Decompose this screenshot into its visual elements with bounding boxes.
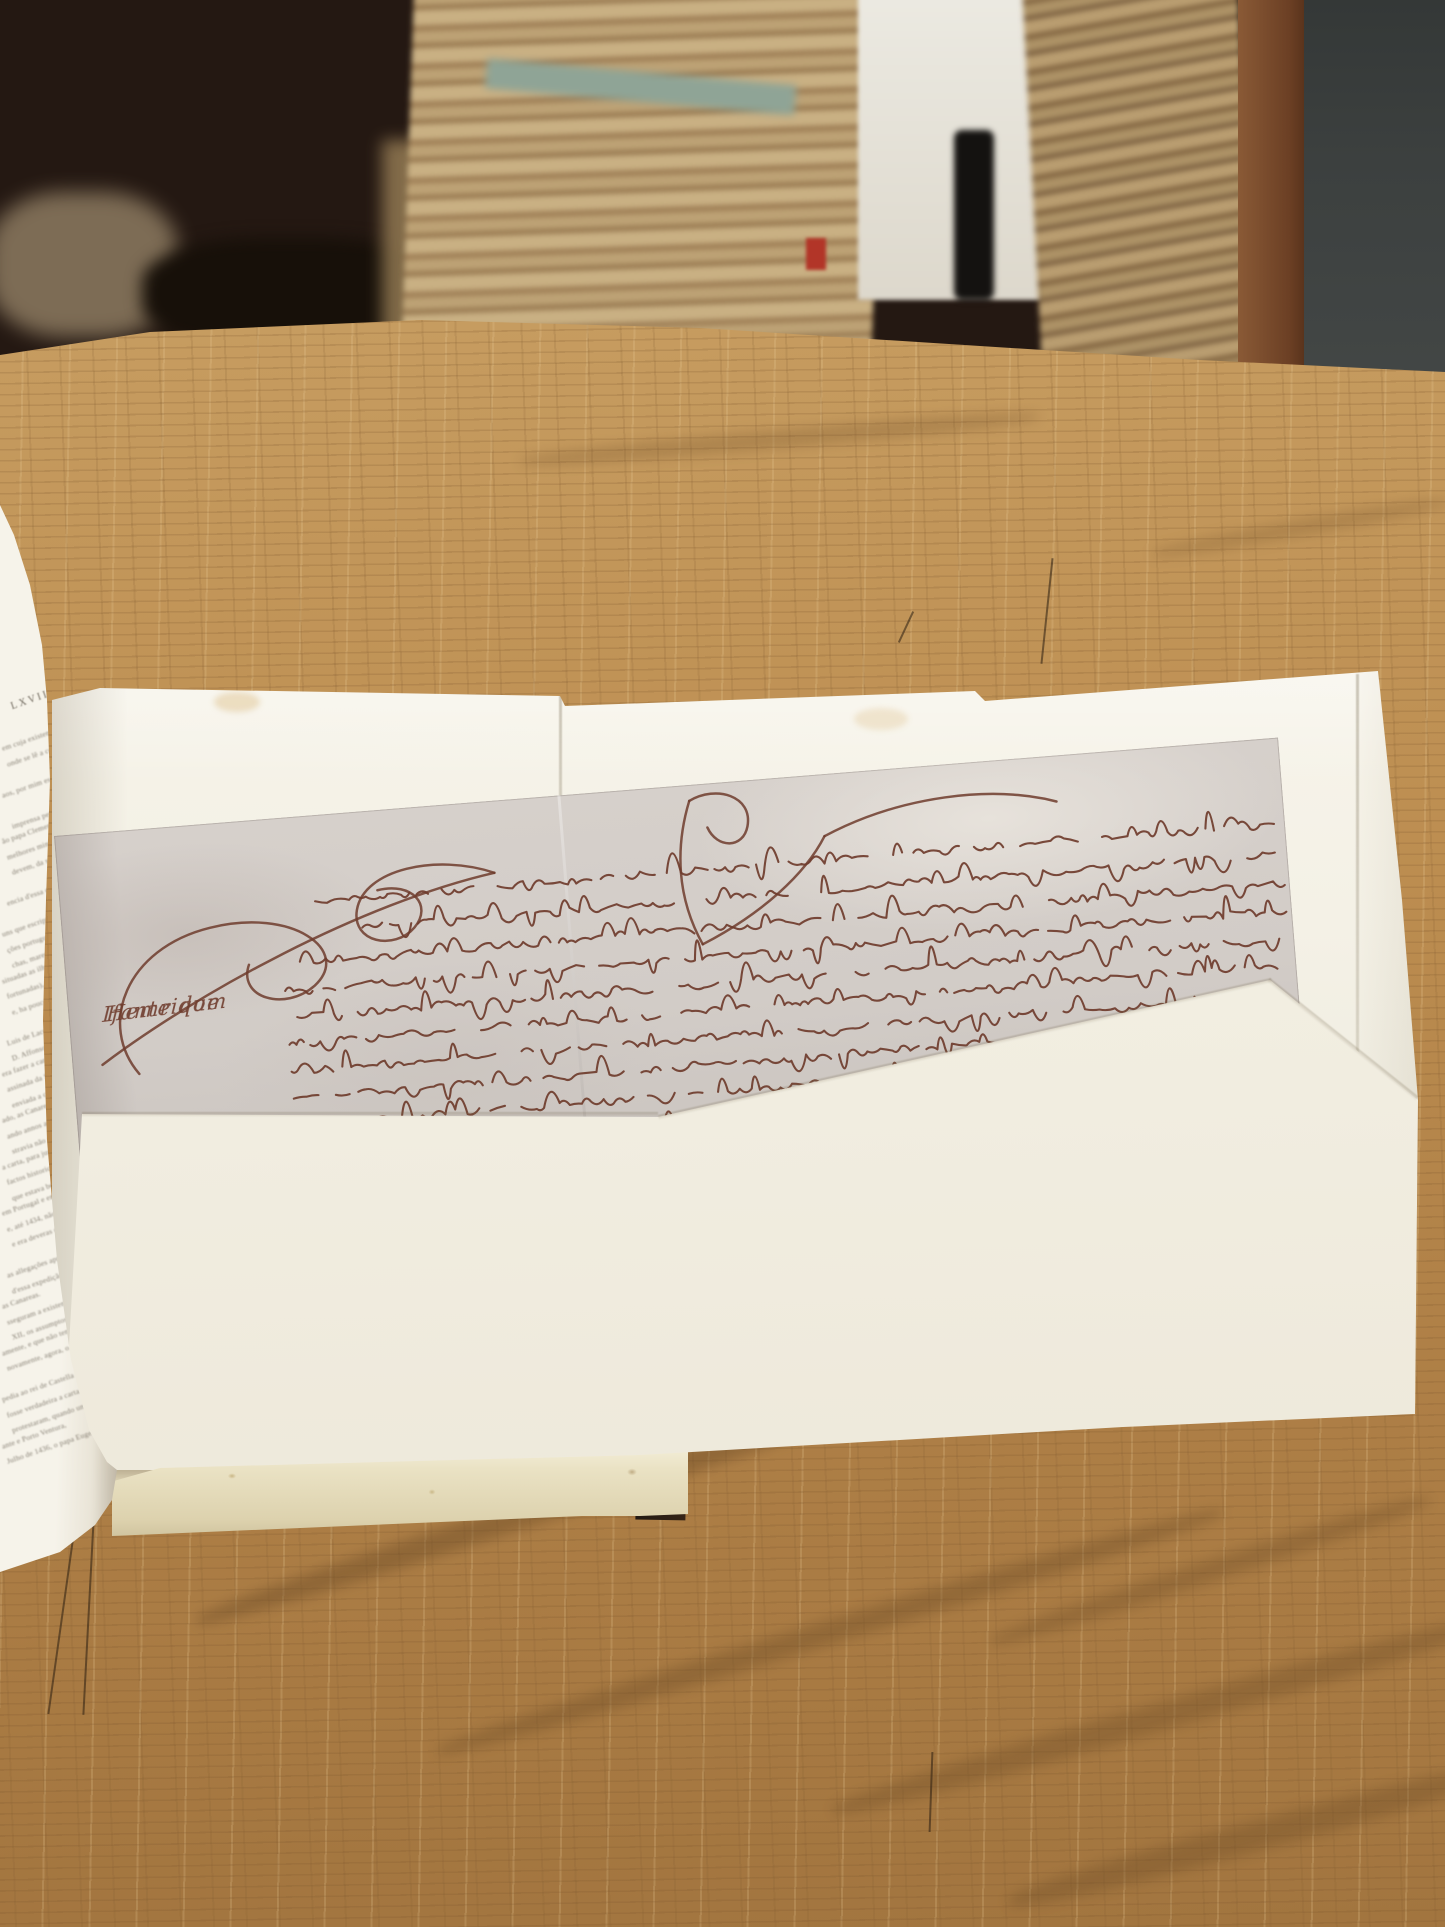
paper-stain (214, 692, 260, 712)
wood-grain-streak (1151, 494, 1445, 562)
paper-stain (854, 708, 908, 730)
white-folder (858, 0, 1043, 300)
wall-panel (1304, 0, 1445, 400)
wood-grain-streak (520, 407, 1040, 470)
foldout-sheet: Ifante dom Hemrique (38, 664, 1422, 1470)
folder-slot (954, 130, 994, 300)
wood-grain-streak (1005, 1753, 1445, 1917)
fold-crease-horizontal (82, 1112, 658, 1117)
calligraphic-flourish (90, 873, 508, 1065)
wood-scratch (1040, 558, 1053, 664)
wood-grain-streak (830, 1604, 1445, 1824)
stacked-papers-right (1022, 0, 1257, 375)
shelf-post (1238, 0, 1312, 395)
calligraphic-flourish (353, 860, 499, 943)
calligraphic-flourish (822, 788, 1058, 836)
red-book-spine (806, 238, 826, 270)
wood-scratch (898, 611, 914, 643)
manuscript-line (361, 838, 1276, 942)
photo-scene: Ifante dom Hemrique LXVIII em cuja exist… (0, 0, 1445, 1927)
teal-paper-label (485, 58, 796, 115)
calligraphic-flourish (689, 791, 750, 846)
stacked-papers-left (402, 0, 885, 358)
manuscript-line (314, 805, 1276, 915)
